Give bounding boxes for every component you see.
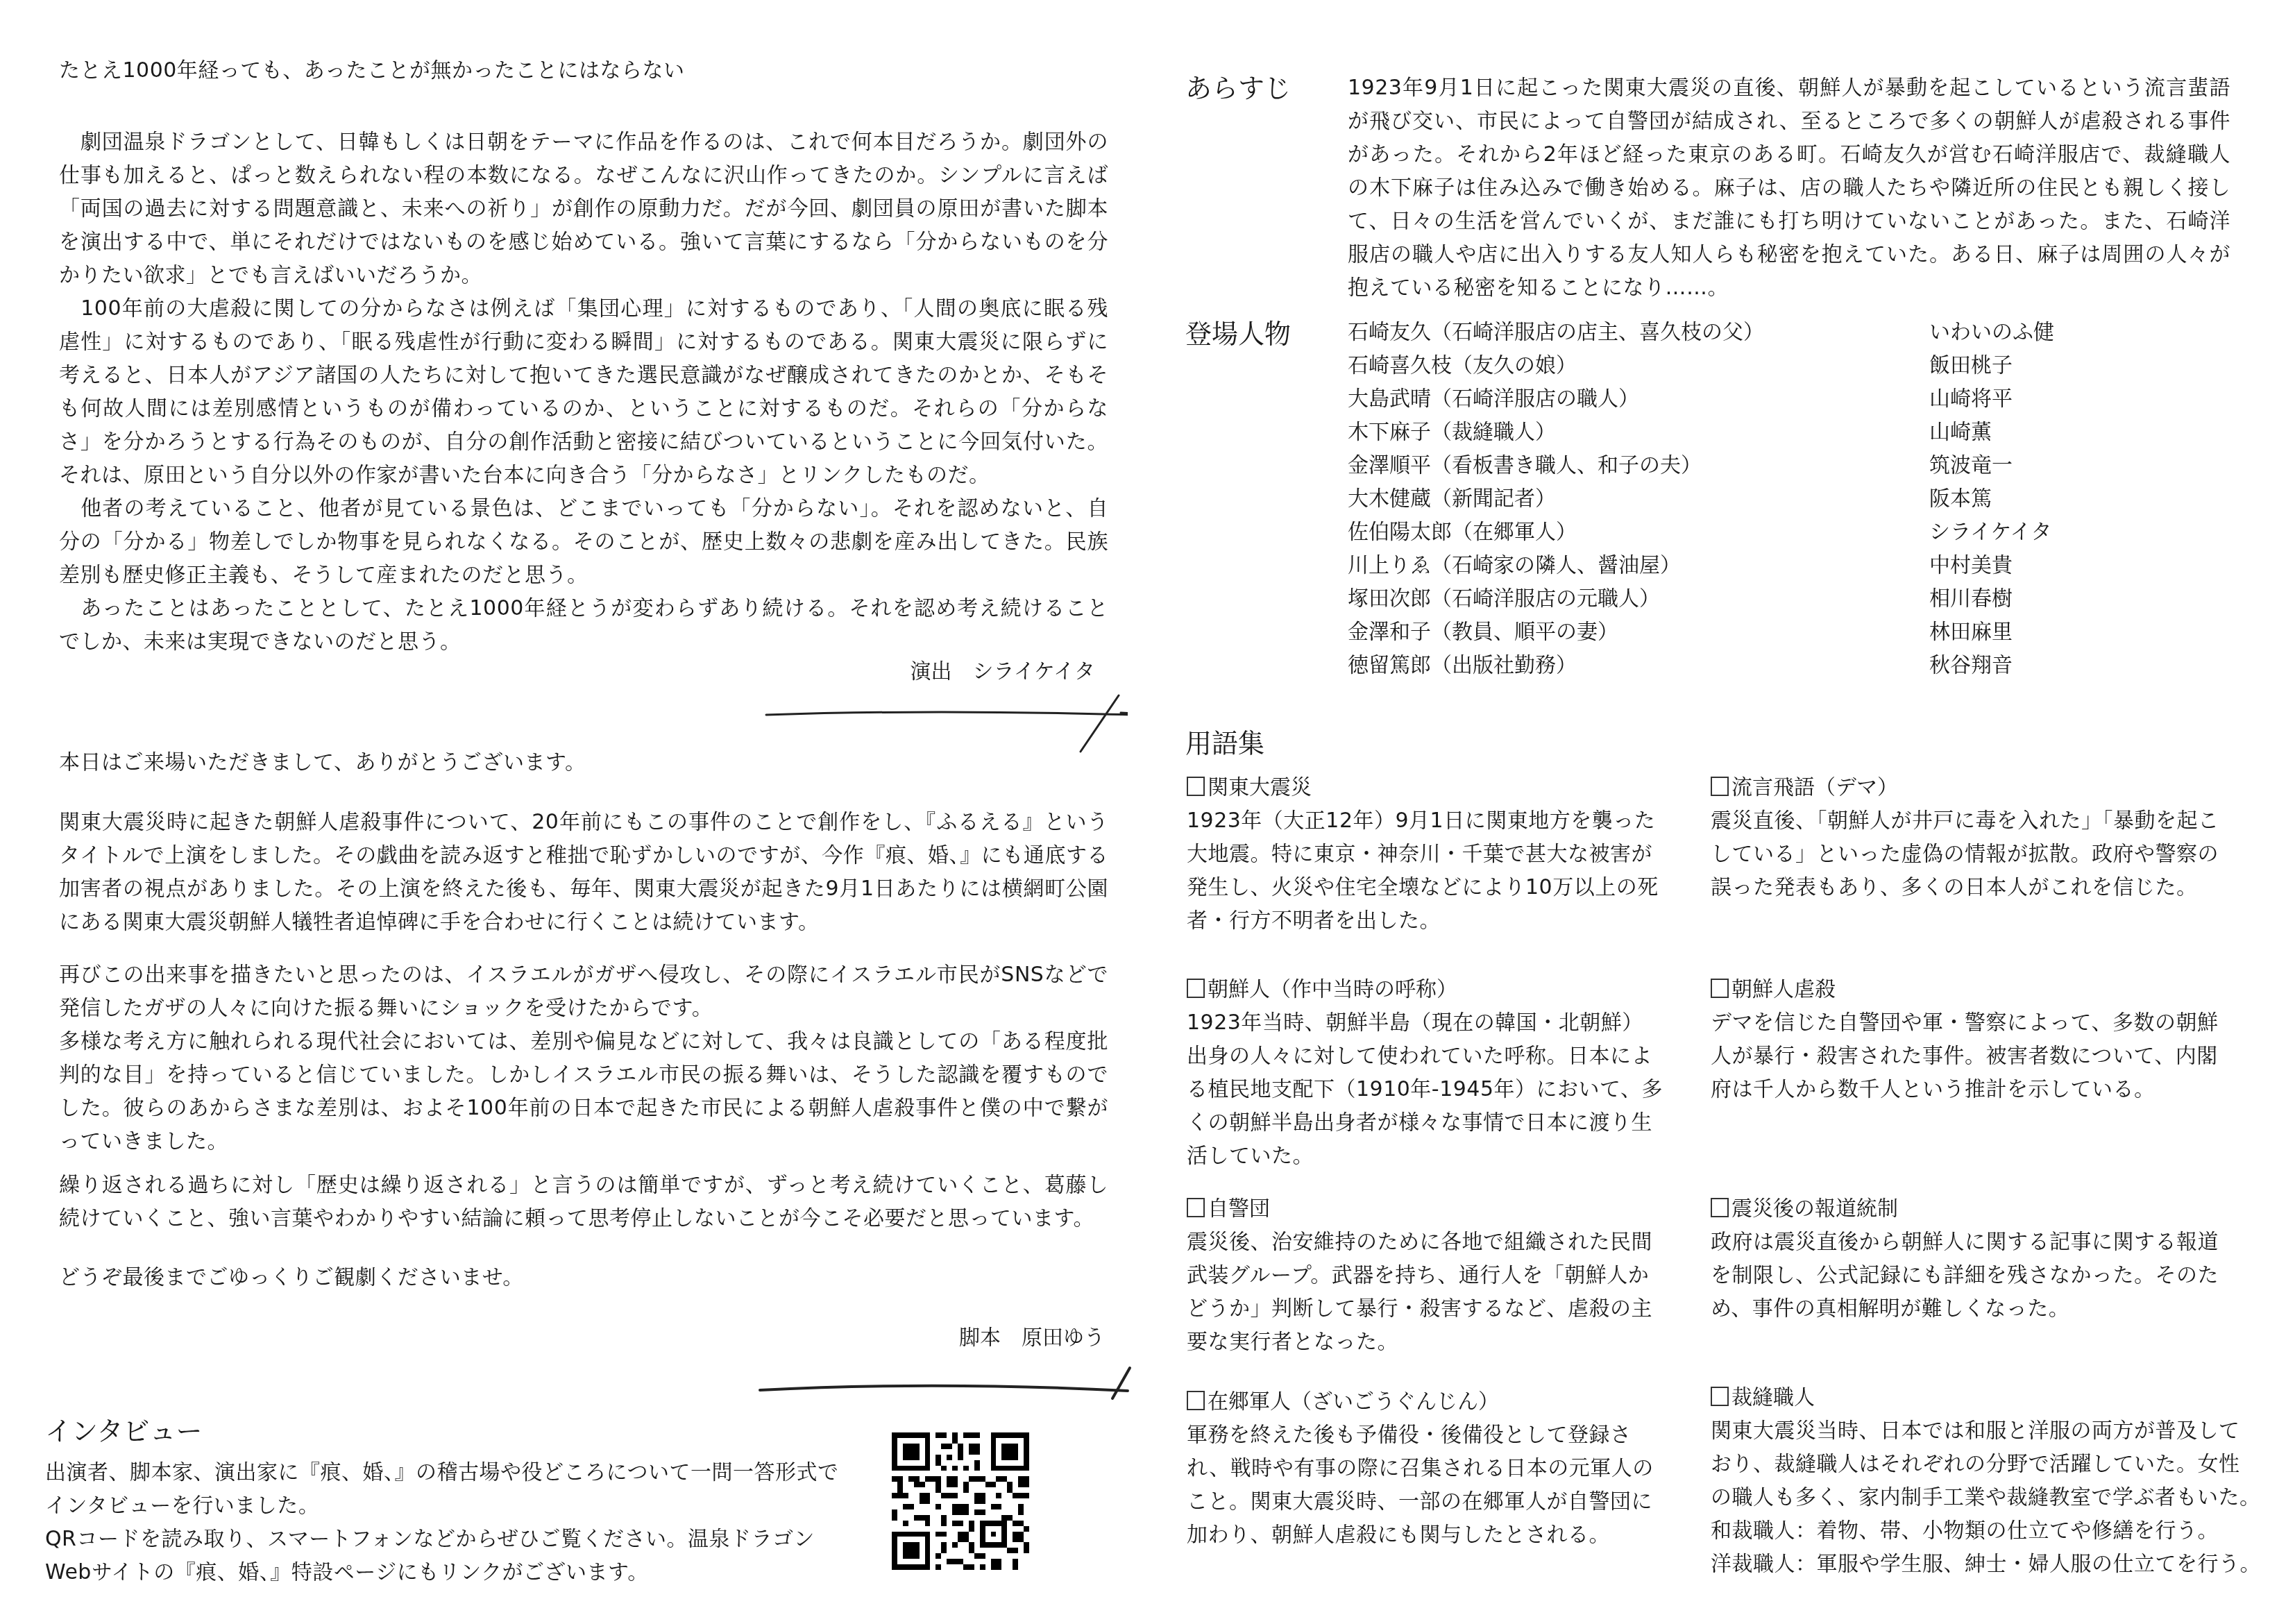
glossary-line: 軍務を終えた後も予備役・後備役として登録さ [1187, 1419, 1672, 1452]
essay-line: にある関東大震災朝鮮人犠牲者追悼碑に手を合わせに行くことは続けています。 [59, 906, 1108, 939]
playwright-signature: 脚本 原田ゆう [763, 1321, 1105, 1355]
glossary-line: 大地震。特に東京・神奈川・千葉で甚大な被害が [1187, 838, 1672, 871]
character-role: 大島武晴（石崎洋服店の職人） [1348, 382, 1929, 416]
actor-name: 中村美貴 [1929, 549, 2013, 582]
glossary-term: 朝鮮人虐殺 [1711, 973, 2238, 1006]
actor-name: 山崎薫 [1929, 416, 1992, 449]
actor-name: 林田麻里 [1929, 616, 2013, 649]
director-essay: 劇団温泉ドラゴンとして、日韓もしくは日朝をテーマに作品を作るのは、これで何本目だ… [59, 126, 1108, 659]
glossary-item: 在郷軍人（ざいごうぐんじん） 軍務を終えた後も予備役・後備役として登録さ れ、戦… [1187, 1385, 1672, 1552]
playwright-paragraph-1: 関東大震災時に起きた朝鮮人虐殺事件について、20年前にもこの事件のことで創作をし… [59, 806, 1108, 939]
glossary-line: 者・行方不明者を出した。 [1187, 904, 1672, 938]
checkbox-icon [1711, 979, 1729, 998]
essay-line: 「両国の過去に対する問題意識と、未来への祈り」が創作の原動力だ。だが今回、劇団員… [59, 192, 1108, 226]
glossary-line: 要な実行者となった。 [1187, 1326, 1672, 1359]
synopsis-line: があった。それから2年ほど経った東京のある町。石崎友久が営む石崎洋服店で、裁縫職… [1348, 138, 2230, 171]
actor-name: シライケイタ [1929, 516, 2051, 549]
signature-line-icon [753, 1360, 1138, 1409]
essay-line: した。彼らのあからさまな差別は、およそ100年前の日本で起きた市民による朝鮮人虐… [59, 1092, 1108, 1125]
glossary-line: 震災後、治安維持のために各地で組織された民間 [1187, 1226, 1672, 1259]
synopsis-heading: あらすじ [1185, 71, 1291, 105]
synopsis-line: が飛び交い、市民によって自警団が結成され、至るところで多くの朝鮮人が虐殺される事… [1348, 105, 2230, 138]
actor-name: 筑波竜一 [1929, 449, 2013, 482]
glossary-line: 震災直後、「朝鮮人が井戸に毒を入れた」「暴動を起こ [1711, 804, 2238, 838]
interview-body: 出演者、脚本家、演出家に『痕、婚、』の稽古場や役どころについて一問一答形式で イ… [45, 1456, 838, 1589]
actor-name: 阪本篤 [1929, 482, 1992, 516]
synopsis-line: の木下麻子は住み込みで働き始める。麻子は、店の職人たちや隣近所の住民とも親しく接… [1348, 171, 2230, 205]
checkbox-icon [1711, 1198, 1729, 1217]
essay-line: も何故人間には差別感情というものが備わっているのか、ということに対するものだ。そ… [59, 392, 1108, 425]
glossary-line: 出身の人々に対して使われていた呼称。日本によ [1187, 1040, 1672, 1073]
character-role: 塚田次郎（石崎洋服店の元職人） [1348, 582, 1929, 616]
glossary-line: れ、戦時や有事の際に召集される日本の元軍人の [1187, 1452, 1672, 1485]
cast-row: 大木健蔵（新聞記者）阪本篤 [1348, 482, 2054, 516]
actor-name: 山崎将平 [1929, 382, 2013, 416]
glossary-item: 震災後の報道統制 政府は震災直後から朝鮮人に関する記事に関する報道 を制限し、公… [1711, 1192, 2238, 1326]
glossary-item: 朝鮮人（作中当時の呼称） 1923年当時、朝鮮半島（現在の韓国・北朝鮮） 出身の… [1187, 973, 1672, 1173]
cast-row: 石崎友久（石崎洋服店の店主、喜久枝の父）いわいのふ健 [1348, 316, 2054, 349]
playwright-paragraph-3: 繰り返される過ちに対し「歴史は繰り返される」と言うのは簡単ですが、ずっと考え続け… [59, 1169, 1108, 1235]
glossary-term: 裁縫職人 [1711, 1381, 2252, 1414]
glossary-line: 洋裁職人：軍服や学生服、紳士・婦人服の仕立てを行う。 [1711, 1548, 2252, 1581]
glossary-line: 人が暴行・殺害された事件。被害者数について、内閣 [1711, 1040, 2238, 1073]
cast-row: 金澤和子（教員、順平の妻）林田麻里 [1348, 616, 2054, 649]
glossary-line: め、事件の真相解明が難しくなった。 [1711, 1292, 2238, 1326]
interview-line: Webサイトの『痕、婚、』特設ページにもリンクがございます。 [45, 1556, 838, 1589]
page-title: たとえ1000年経っても、あったことが無かったことにはならない [59, 54, 685, 87]
cast-row: 塚田次郎（石崎洋服店の元職人）相川春樹 [1348, 582, 2054, 616]
glossary-item: 自警団 震災後、治安維持のために各地で組織された民間 武装グループ。武器を持ち、… [1187, 1192, 1672, 1359]
essay-line: 判的な目」を持っていると信じていました。しかしイスラエル市民の振る舞いは、そうし… [59, 1058, 1108, 1092]
glossary-term: 流言飛語（デマ） [1711, 771, 2238, 804]
glossary-line: 発生し、火災や住宅全壊などにより10万以上の死 [1187, 871, 1672, 904]
glossary-term: 関東大震災 [1187, 771, 1672, 804]
glossary-line: おり、裁縫職人はそれぞれの分野で活躍していた。女性 [1711, 1448, 2252, 1481]
greeting: 本日はご来場いただきまして、ありがとうございます。 [59, 746, 586, 779]
glossary-term: 在郷軍人（ざいごうぐんじん） [1187, 1385, 1672, 1419]
character-role: 金澤順平（看板書き職人、和子の夫） [1348, 449, 1929, 482]
synopsis-line: て、日々の生活を営んでいくが、まだ誰にも打ち明けていないことがあった。また、石崎… [1348, 205, 2230, 238]
glossary-heading: 用語集 [1185, 727, 1264, 760]
checkbox-icon [1187, 979, 1205, 998]
synopsis-line: 1923年9月1日に起こった関東大震災の直後、朝鮮人が暴動を起こしているという流… [1348, 71, 2230, 105]
cast-row: 川上りゑ（石崎家の隣人、醤油屋）中村美貴 [1348, 549, 2054, 582]
glossary-line: 府は千人から数千人という推計を示している。 [1711, 1073, 2238, 1106]
glossary-line: 1923年当時、朝鮮半島（現在の韓国・北朝鮮） [1187, 1006, 1672, 1040]
signature-line-icon [760, 691, 1128, 756]
glossary-line: る植民地支配下（1910年-1945年）において、多 [1187, 1073, 1672, 1106]
glossary-item: 流言飛語（デマ） 震災直後、「朝鮮人が井戸に毒を入れた」「暴動を起こ している」… [1711, 771, 2238, 904]
essay-line: 多様な考え方に触れられる現代社会においては、差別や偏見などに対して、我々は良識と… [59, 1025, 1108, 1058]
character-role: 大木健蔵（新聞記者） [1348, 482, 1929, 516]
essay-line: を演出する中で、単にそれだけではないものを感じ始めている。強いて言葉にするなら「… [59, 226, 1108, 259]
glossary-line: 加わり、朝鮮人虐殺にも関与したとされる。 [1187, 1519, 1672, 1552]
essay-line: 分の「分かる」物差しでしか物事を見られなくなる。そのことが、歴史上数々の悲劇を産… [59, 525, 1108, 559]
cast-heading: 登場人物 [1185, 317, 1291, 350]
essay-line: でしか、未来は実現できないのだと思う。 [59, 625, 1108, 659]
glossary-line: くの朝鮮半島出身者が様々な事情で日本に渡り生 [1187, 1106, 1672, 1140]
glossary-line: している」といった虚偽の情報が拡散。政府や警察の [1711, 838, 2238, 871]
character-role: 徳留篤郎（出版社勤務） [1348, 649, 1929, 682]
character-role: 金澤和子（教員、順平の妻） [1348, 616, 1929, 649]
glossary-line: を制限し、公式記録にも詳細を残さなかった。そのた [1711, 1259, 2238, 1292]
character-role: 佐伯陽太郎（在郷軍人） [1348, 516, 1929, 549]
essay-line: 関東大震災時に起きた朝鮮人虐殺事件について、20年前にもこの事件のことで創作をし… [59, 806, 1108, 839]
glossary-line: 関東大震災当時、日本では和服と洋服の両方が普及して [1711, 1414, 2252, 1448]
playwright-paragraph-2: 再びこの出来事を描きたいと思ったのは、イスラエルがガザへ侵攻し、その際にイスラエ… [59, 958, 1108, 1158]
cast-row: 徳留篤郎（出版社勤務）秋谷翔音 [1348, 649, 2054, 682]
glossary-item: 裁縫職人 関東大震災当時、日本では和服と洋服の両方が普及して おり、裁縫職人はそ… [1711, 1381, 2252, 1581]
essay-line: 発信したガザの人々に向けた振る舞いにショックを受けたからです。 [59, 992, 1108, 1025]
essay-line: それは、原田という自分以外の作家が書いた台本に向き合う「分からなさ」とリンクした… [59, 459, 1108, 492]
glossary-term: 朝鮮人（作中当時の呼称） [1187, 973, 1672, 1006]
glossary-line: 政府は震災直後から朝鮮人に関する記事に関する報道 [1711, 1226, 2238, 1259]
synopsis-line: 服店の職人や店に出入りする友人知人らも秘密を抱えていた。ある日、麻子は周囲の人々… [1348, 238, 2230, 271]
essay-line: 差別も歴史修正主義も、そうして産まれたのだと思う。 [59, 559, 1108, 592]
glossary-line: 誤った発表もあり、多くの日本人がこれを信じた。 [1711, 871, 2238, 904]
essay-line: 加害者の視点がありました。その上演を終えた後も、毎年、関東大震災が起きた9月1日… [59, 872, 1108, 906]
essay-line: あったことはあったこととして、たとえ1000年経とうが変わらずあり続ける。それを… [59, 592, 1108, 625]
interview-line: インタビューを行いました。 [45, 1489, 838, 1523]
essay-line: さ」を分かろうとする行為そのものが、自分の創作活動と密接に結びついているというこ… [59, 425, 1108, 459]
glossary-line: デマを信じた自警団や軍・警察によって、多数の朝鮮 [1711, 1006, 2238, 1040]
character-role: 石崎喜久枝（友久の娘） [1348, 349, 1929, 382]
interview-heading: インタビュー [45, 1414, 202, 1448]
director-signature: 演出 シライケイタ [763, 655, 1095, 688]
checkbox-icon [1187, 777, 1205, 796]
glossary-item: 朝鮮人虐殺 デマを信じた自警団や軍・警察によって、多数の朝鮮 人が暴行・殺害され… [1711, 973, 2238, 1106]
actor-name: 飯田桃子 [1929, 349, 2013, 382]
cast-list: 石崎友久（石崎洋服店の店主、喜久枝の父）いわいのふ健 石崎喜久枝（友久の娘）飯田… [1348, 316, 2054, 682]
checkbox-icon [1187, 1198, 1205, 1217]
glossary-line: 和裁職人：着物、帯、小物類の仕立てや修繕を行う。 [1711, 1514, 2252, 1548]
actor-name: 秋谷翔音 [1929, 649, 2013, 682]
essay-line: タイトルで上演をしました。その戯曲を読み返すと稚拙で恥ずかしいのですが、今作『痕… [59, 839, 1108, 872]
essay-line: 劇団温泉ドラゴンとして、日韓もしくは日朝をテーマに作品を作るのは、これで何本目だ… [59, 126, 1108, 159]
essay-line: 仕事も加えると、ぱっと数えられない程の本数になる。なぜこんなに沢山作ってきたのか… [59, 159, 1108, 192]
essay-line: 他者の考えていること、他者が見ている景色は、どこまでいっても「分からない」。それ… [59, 492, 1108, 525]
cast-row: 大島武晴（石崎洋服店の職人）山崎将平 [1348, 382, 2054, 416]
actor-name: いわいのふ健 [1929, 316, 2054, 349]
cast-row: 金澤順平（看板書き職人、和子の夫）筑波竜一 [1348, 449, 2054, 482]
cast-row: 佐伯陽太郎（在郷軍人）シライケイタ [1348, 516, 2054, 549]
interview-line: 出演者、脚本家、演出家に『痕、婚、』の稽古場や役どころについて一問一答形式で [45, 1456, 838, 1489]
qr-code-icon[interactable] [892, 1432, 1029, 1570]
glossary-item: 関東大震災 1923年（大正12年）9月1日に関東地方を襲った 大地震。特に東京… [1187, 771, 1672, 938]
checkbox-icon [1187, 1391, 1205, 1410]
cast-row: 木下麻子（裁縫職人）山崎薫 [1348, 416, 2054, 449]
character-role: 石崎友久（石崎洋服店の店主、喜久枝の父） [1348, 316, 1929, 349]
checkbox-icon [1711, 777, 1729, 796]
essay-line: 虐性」に対するものであり、「眠る残虐性が行動に変わる瞬間」に対するものである。関… [59, 325, 1108, 359]
actor-name: 相川春樹 [1929, 582, 2013, 616]
essay-line: 再びこの出来事を描きたいと思ったのは、イスラエルがガザへ侵攻し、その際にイスラエ… [59, 958, 1108, 992]
essay-line: 考えると、日本人がアジア諸国の人たちに対して抱いてきた選民意識がなぜ醸成されてき… [59, 359, 1108, 392]
essay-line: っていきました。 [59, 1125, 1108, 1158]
interview-line: QRコードを読み取り、スマートフォンなどからぜひご覧ください。温泉ドラゴン [45, 1523, 838, 1556]
closing-remark: どうぞ最後までごゆっくりご観劇くださいませ。 [59, 1261, 524, 1294]
checkbox-icon [1711, 1387, 1729, 1406]
essay-line: 続けていくこと、強い言葉やわかりやすい結論に頼って思考停止しないことが今こそ必要… [59, 1202, 1108, 1235]
glossary-line: 武装グループ。武器を持ち、通行人を「朝鮮人か [1187, 1259, 1672, 1292]
character-role: 川上りゑ（石崎家の隣人、醤油屋） [1348, 549, 1929, 582]
essay-line: かりたい欲求」とでも言えばいいだろうか。 [59, 259, 1108, 292]
glossary-term: 震災後の報道統制 [1711, 1192, 2238, 1226]
glossary-line: 活していた。 [1187, 1140, 1672, 1173]
glossary-term: 自警団 [1187, 1192, 1672, 1226]
glossary-line: こと。関東大震災時、一部の在郷軍人が自警団に [1187, 1485, 1672, 1519]
glossary-line: の職人も多く、家内制手工業や裁縫教室で学ぶ者もいた。 [1711, 1481, 2252, 1514]
essay-line: 繰り返される過ちに対し「歴史は繰り返される」と言うのは簡単ですが、ずっと考え続け… [59, 1169, 1108, 1202]
essay-line: 100年前の大虐殺に関しての分からなさは例えば「集団心理」に対するものであり、「… [59, 292, 1108, 325]
synopsis-line: 抱えている秘密を知ることになり……。 [1348, 271, 2230, 305]
glossary-line: 1923年（大正12年）9月1日に関東地方を襲った [1187, 804, 1672, 838]
character-role: 木下麻子（裁縫職人） [1348, 416, 1929, 449]
synopsis-body: 1923年9月1日に起こった関東大震災の直後、朝鮮人が暴動を起こしているという流… [1348, 71, 2230, 305]
glossary-line: どうか」判断して暴行・殺害するなど、虐殺の主 [1187, 1292, 1672, 1326]
cast-row: 石崎喜久枝（友久の娘）飯田桃子 [1348, 349, 2054, 382]
